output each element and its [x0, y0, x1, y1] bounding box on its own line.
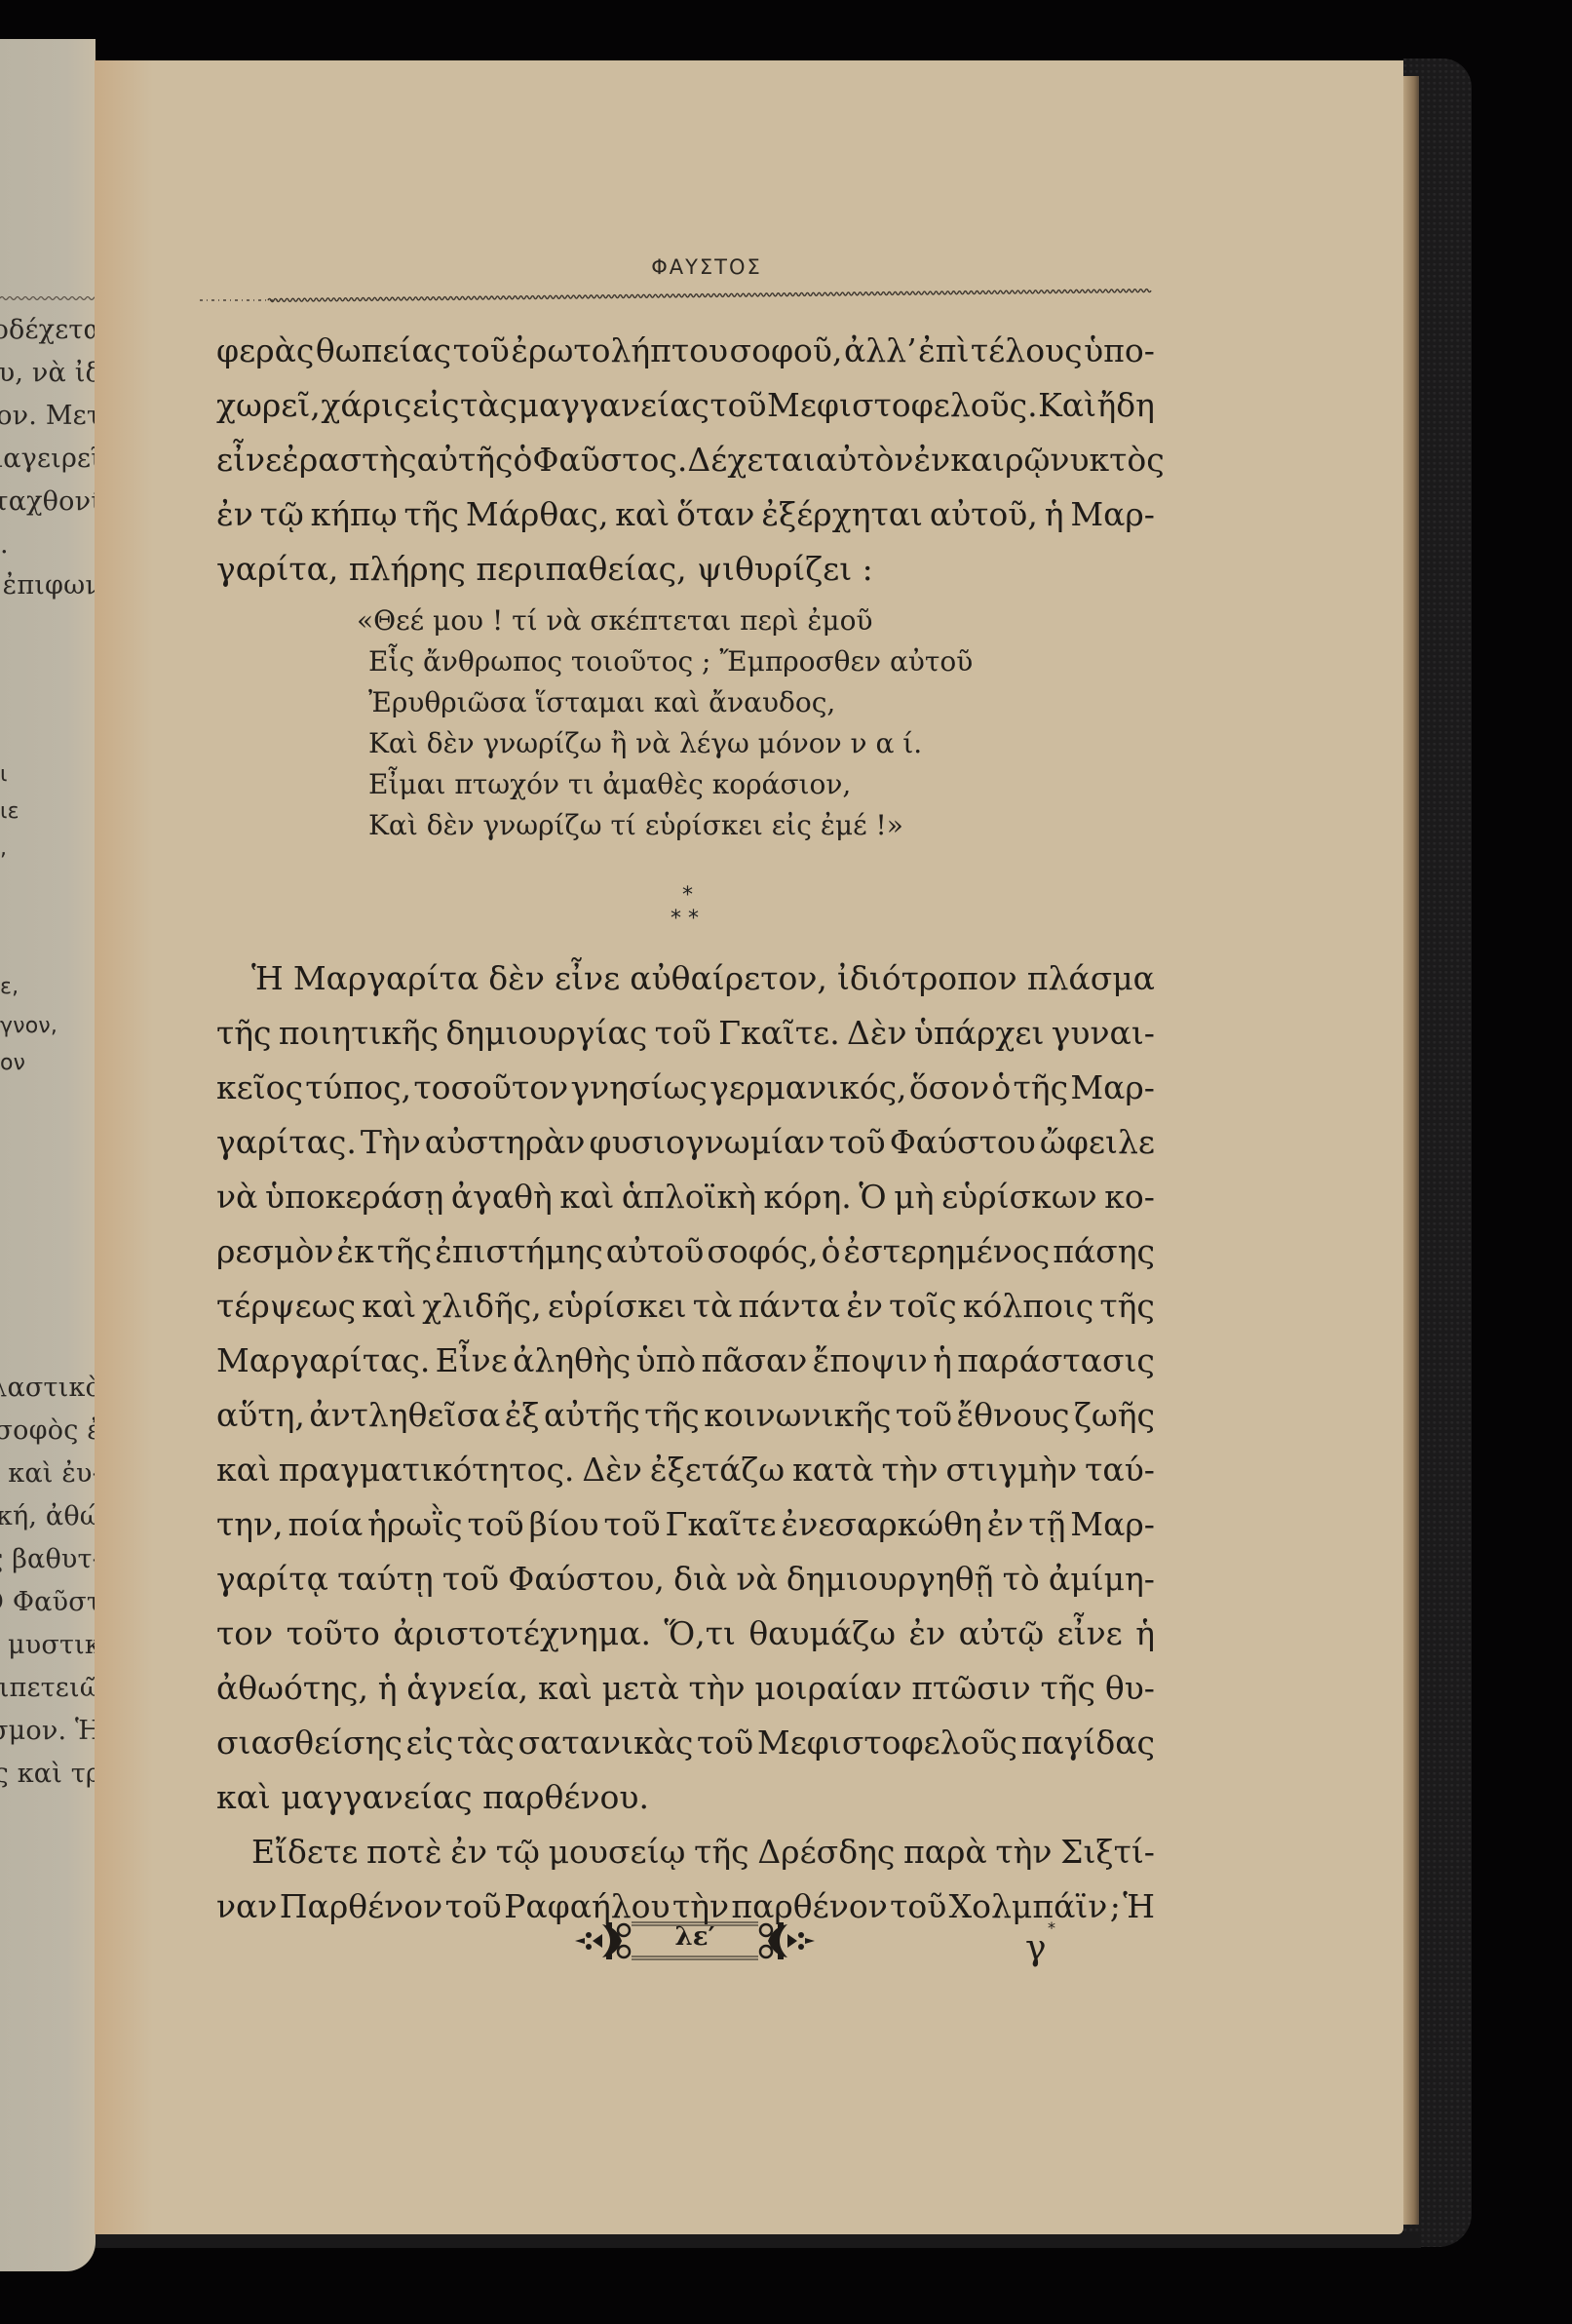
poem-line: Εἷς ἄνθρωπος τοιοῦτος ; Ἔμπροσθεν αὐτοῦ [368, 645, 973, 678]
left-page-fragment: ον κόσμον. Ἡ [0, 1716, 96, 1746]
signature-star: * [1048, 1918, 1055, 1937]
text-line: τέρψεωςκαὶχλιδῆς,εὑρίσκειτὰπάνταἐντοῖςκό… [216, 1287, 1155, 1326]
text-line: ἀθωότης,ἡἁγνεία,καὶμετὰτὴνμοιραίανπτῶσιν… [216, 1669, 1155, 1708]
left-page-fragment: ην τὰς βαθυτ- [0, 1544, 96, 1574]
text-line: καὶ μαγγανείας παρθένου. [216, 1778, 1155, 1817]
text-line: κεῖοςτύπος,τοσοῦτονγνησίωςγερμανικός,ὅσο… [216, 1068, 1155, 1107]
text-line: εἶνεἐραστὴςαὐτῆςὁΦαῦστος.Δέχεταιαὐτὸνἐνκ… [216, 441, 1155, 480]
text-line: Μαργαρίτας.Εἶνεἀληθὴςὑπὸπᾶσανἔποψινἡπαρά… [216, 1341, 1155, 1380]
left-page-fragment: ιαζεν ὁ σοφὸς ἐ [0, 1415, 96, 1446]
text-line: ἩΜαργαρίταδὲνεἶνεαὐθαίρετον,ἰδιότροπονπλ… [251, 959, 1155, 998]
page-number: λε′ [656, 1922, 734, 1952]
text-line: τοντοῦτοἀριστοτέχνημα.Ὅ,τιθαυμάζωἐναὐτῷε… [216, 1614, 1155, 1653]
left-page-fragment: γνον, [0, 1014, 58, 1038]
left-page-fragment: Τὸ πλαστικὸ [0, 1373, 96, 1403]
text-line: γαρίτᾳταύτῃτοῦΦαύστου,διὰνὰδημιουργηθῇτὸ… [216, 1560, 1155, 1599]
left-facing-page: ς ἀποδέχετα ά του, νὰ ἰδ ὸκοσμον. Μετ τὸ… [0, 39, 96, 2271]
text-line: ἐντῷκήπῳτῆςΜάρθας,καὶὅτανἐξέρχηταιαὐτοῦ,… [216, 495, 1155, 534]
text-line: καὶπραγματικότητος.Δὲνἐξετάζωκατὰτὴνστιγ… [216, 1451, 1155, 1490]
left-page-fragment: ὑτῷ, ἐπιφων [0, 570, 96, 600]
poem-line: Ἐρυθριῶσα ἵσταμαι καὶ ἄναυδος, [368, 686, 835, 719]
section-break-stars: * * [671, 907, 699, 931]
text-line: τῆςποιητικῆςδημιουργίαςτοῦΓκαῖτε.Δὲνὑπάρ… [216, 1014, 1155, 1053]
wavy-header-rule [200, 285, 1155, 304]
left-page-fragment: τικὰς καὶ τρ [0, 1759, 96, 1789]
left-page-fragment: ε, [0, 975, 19, 999]
left-page-fragment: α. Ὁ Φαῦστ [0, 1587, 96, 1617]
left-page-fragment: ῷ καταχθονί [0, 486, 96, 517]
left-page-fragment: ον [0, 1051, 25, 1075]
left-page-wavy-rule [0, 294, 96, 302]
running-head: ΦΑΥΣΤΟΣ [629, 255, 785, 279]
text-line: γαρίτας.ΤὴναὐστηρὰνφυσιογνωμίαντοῦΦαύστο… [216, 1123, 1155, 1162]
left-page-fragment: ιε [0, 799, 19, 824]
left-page-fragment: ς ἀποδέχετα [0, 315, 96, 345]
left-page-fragment: ντανὸν καὶ ἐυ- [0, 1458, 96, 1489]
poem-line: «Θεέ μου ! τί νὰ σκέπτεται περὶ ἐμοῦ [357, 604, 872, 638]
text-line: φερὰςθωπείαςτοῦἐρωτολήπτουσοφοῦ,ἀλλ’ἐπὶτ… [216, 331, 1155, 370]
left-page-fragment: ι [0, 762, 8, 787]
text-line: χωρεῖ,χάριςεἰςτὰςμαγγανείαςτοῦΜεφιστοφελ… [216, 386, 1155, 425]
left-page-fragment: ά του, νὰ ἰδ [0, 358, 96, 388]
left-page-fragment: ων περιπετειῶ [0, 1673, 96, 1703]
text-line: γαρίτα, πλήρης περιπαθείας, ψιθυρίζει : [216, 550, 1155, 589]
text-line: σιασθείσηςεἰςτὰςσατανικὰςτοῦΜεφιστοφελοῦ… [216, 1724, 1155, 1762]
signature-mark: γ [1025, 1928, 1047, 1968]
poem-line: Καὶ δὲν γνωρίζω ἢ νὰ λέγω μόνον ν α ί. [368, 727, 922, 760]
text-line: ρεσμὸνἐκτῆςἐπιστήμηςαὐτοῦσοφός,ὁἐστερημέ… [216, 1232, 1155, 1271]
left-page-fragment: . [0, 529, 9, 560]
left-page-fragment: , [0, 836, 7, 861]
poem-line: Καὶ δὲν γνωρίζω τί εὑρίσκει εἰς ἐμέ !» [368, 809, 903, 842]
section-break-star: * [682, 883, 693, 908]
left-page-fragment: τὸ μαγειρεῖ [0, 444, 96, 474]
poem-line: Εἶμαι πτωχόν τι ἀμαθὲς κοράσιον, [368, 768, 851, 801]
left-page-fragment: ὸκοσμον. Μετ [0, 401, 96, 431]
text-line: αὕτη,ἀντληθεῖσαἐξαὐτῆςτῆςκοινωνικῆςτοῦἔθ… [216, 1396, 1155, 1435]
text-line: ΕἴδετεποτὲἐντῷμουσείῳτῆςΔρέσδηςπαρὰτὴνΣι… [251, 1833, 1155, 1872]
text-line: την,ποίαἡρωῒςτοῦβίουτοῦΓκαῖτεἐνεσαρκώθηἐ… [216, 1505, 1155, 1544]
text-line: νὰὑποκεράσῃἀγαθὴκαὶἁπλοϊκὴκόρη.Ὁμὴεὑρίσκ… [216, 1178, 1155, 1217]
book-cover-bottom [96, 2232, 1421, 2248]
left-page-fragment: ρθενική, ἀθώ [0, 1501, 96, 1531]
left-page-fragment: αὐτη ἡ μυστικ [0, 1630, 96, 1660]
